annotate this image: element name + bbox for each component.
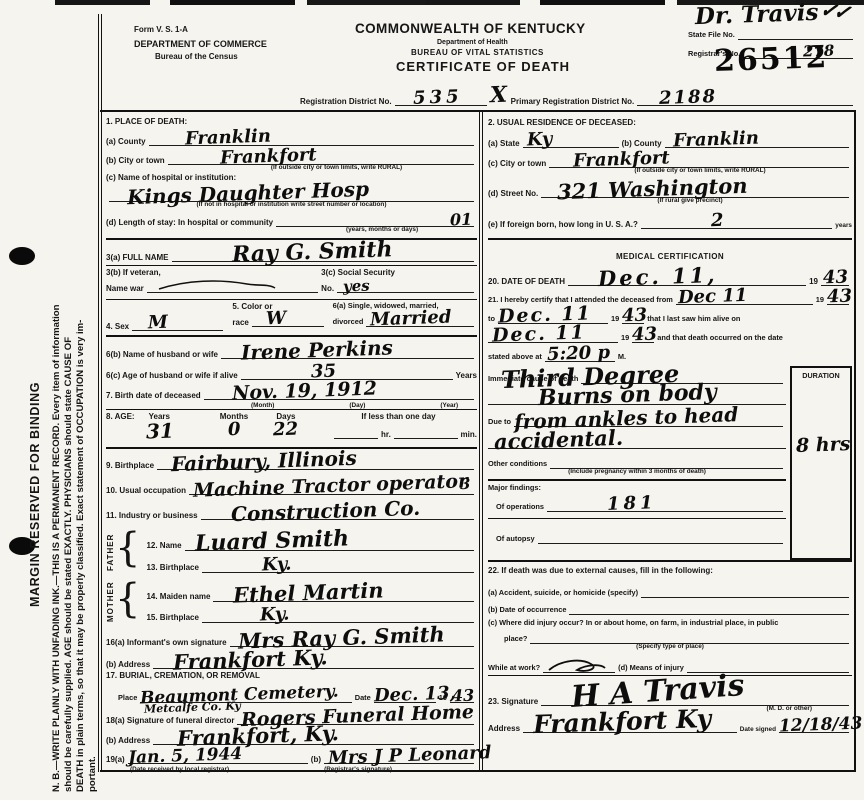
work-row: While at work? (d) Means of injury — [488, 653, 852, 673]
due-to-row: Due to from ankles to head — [488, 405, 786, 427]
occurred-label: and that death occurred on the date — [657, 334, 783, 343]
margin-nb-line2: should be carefully supplied. AGE should… — [63, 304, 75, 792]
cause-line4: accidental. — [488, 438, 786, 449]
father-brace: { — [115, 529, 140, 567]
mother-bp-value: Ky. — [260, 605, 290, 624]
stay-label: (d) Length of stay: In hospital or commu… — [106, 218, 273, 227]
race-label2: race — [232, 318, 248, 327]
operations-row: Of operations 181 — [488, 494, 786, 512]
registrar-sig-label: (b) — [311, 755, 321, 764]
ss-label2: No. — [321, 284, 334, 293]
residence-city-row: (c) City or town Frankfort — [488, 148, 852, 168]
ss-line: yes — [337, 282, 474, 293]
spouse-age-unit: Years — [456, 371, 477, 380]
received-label: 19(a) — [106, 755, 125, 764]
margin-nb-line3: DEATH in plain terms, so that it may be … — [75, 304, 87, 792]
cause-block: DURATION 8 hrs Immediate cause of death … — [488, 366, 852, 562]
fullname-label: 3(a) FULL NAME — [106, 253, 169, 262]
county-row: (a) County Franklin — [106, 126, 477, 146]
age-label: 8. AGE: — [106, 412, 135, 421]
res-state-line: Ky — [523, 137, 619, 148]
date-signed-label: Date signed — [740, 727, 776, 733]
ext-a-label: (a) Accident, suicide, or homicide (spec… — [488, 589, 638, 598]
industry-value: Construction Co. — [230, 498, 420, 525]
primary-district-label: Primary Registration District No. — [511, 97, 635, 106]
veteran-scribble — [157, 278, 277, 292]
external-causes-block: 22. If death was due to external causes,… — [488, 562, 852, 676]
informant-addr-row: (b) Address Frankfort Ky. — [106, 649, 477, 671]
received-line: Jan. 5, 1944 — [128, 753, 308, 764]
city-label: (b) City or town — [106, 156, 165, 165]
father-name-value: Luard Smith — [194, 527, 349, 554]
dept-health: Department of Health — [437, 39, 508, 47]
dod-label: 20. DATE OF DEATH — [488, 277, 565, 286]
res-city-value: Frankfort — [573, 150, 670, 171]
occupation-code: 3 — [459, 477, 470, 492]
primary-district-line: 2188 — [637, 95, 853, 106]
res-city-label: (c) City or town — [488, 159, 546, 168]
registrar-sig-line: Mrs J P Leonard — [324, 753, 474, 764]
commonwealth-title: COMMONWEALTH OF KENTUCKY — [355, 21, 586, 37]
other-label: Other conditions — [488, 460, 547, 469]
mother-block: MOTHER { 14. Maiden name Ethel Martin 15… — [106, 574, 477, 624]
res-city-line: Frankfort — [549, 157, 849, 168]
birthplace-line: Fairbury, Illinois — [157, 459, 474, 470]
external-title: 22. If death was due to external causes,… — [488, 566, 852, 582]
mother-label: MOTHER — [106, 576, 115, 622]
column-divider — [479, 110, 483, 772]
burial-place-value2: Metcalfe Co. Ky — [144, 700, 241, 714]
to-yr-prefix: 19 — [611, 315, 619, 324]
stay-note: (years, months or days) — [106, 227, 477, 233]
ext-c-row: place? — [488, 630, 852, 644]
fullname-line: Ray G. Smith — [172, 251, 474, 262]
father-bp-line: Ky. — [202, 562, 474, 573]
operations-value: 181 — [607, 494, 657, 514]
city-value: Frankfort — [219, 147, 316, 168]
reg-district-value: 535 — [412, 88, 462, 108]
state-file-label: State File No. — [688, 31, 735, 40]
physician-addr-line: Frankfort Ky — [523, 722, 737, 733]
dod-year-value: 43 — [823, 269, 849, 288]
father-name-line: Luard Smith — [185, 540, 474, 551]
age-years-cell: 8. AGE: Years 31 — [106, 410, 206, 447]
marital-label2: divorced — [333, 318, 364, 327]
registration-district-row: Registration District No. 535 X Primary … — [300, 84, 856, 106]
physician-signature-block: 23. Signature H A Travis (M. D. or other… — [488, 676, 852, 734]
stay-value: 01 — [449, 212, 472, 229]
mother-name-row: 14. Maiden name Ethel Martin — [140, 576, 477, 602]
res-foreign-value: 2 — [711, 212, 724, 230]
residence-state-row: (a) State Ky (b) County Franklin — [488, 127, 852, 148]
sex-label: 4. Sex — [106, 322, 129, 331]
race-line: W — [252, 316, 324, 327]
city-line: Frankfort — [168, 154, 474, 165]
father-bp-label: 13. Birthplace — [146, 563, 198, 572]
section-place-of-death: 1. PLACE OF DEATH: (a) County Franklin (… — [106, 112, 477, 240]
father-name-row: 12. Name Luard Smith — [140, 524, 477, 551]
res-street-label: (d) Street No. — [488, 189, 538, 198]
birthplace-value: Fairbury, Illinois — [171, 448, 357, 474]
veteran-cell: 3(b) If veteran, Name war — [106, 266, 321, 299]
to-year-line: 43 — [622, 313, 644, 324]
dept-commerce: DEPARTMENT OF COMMERCE — [134, 39, 267, 49]
res-foreign-unit: years — [835, 223, 852, 229]
informant-addr-line: Frankfort Ky. — [153, 658, 474, 669]
bureau-vital: BUREAU OF VITAL STATISTICS — [411, 48, 544, 57]
attend-from-value: Dec 11 — [678, 287, 748, 307]
county-label: (a) County — [106, 137, 146, 146]
sex-line: M — [132, 320, 223, 331]
father-block: FATHER { 12. Name Luard Smith 13. Birthp… — [106, 522, 477, 574]
fd-addr-line: Frankfort, Ky. — [153, 734, 474, 745]
year-note: (Year) — [440, 403, 458, 409]
due-line: from ankles to head — [514, 416, 783, 427]
burial-place-line: Beaumont Cemetery. Metcalfe Co. Ky — [140, 692, 351, 703]
marital-value: Married — [370, 308, 452, 329]
hospital-row: Kings Daughter Hosp — [106, 184, 477, 202]
dod-value: Dec. 11, — [598, 264, 718, 289]
reg-district-xmark: X — [489, 84, 507, 107]
age-days-cell: Days 22 — [262, 410, 310, 447]
ext-c-line — [530, 633, 849, 644]
attend-year-line: 43 — [827, 294, 849, 305]
sex-race-marital-row: 4. Sex M 5. Color or race W 6(a) Single,… — [106, 300, 477, 337]
res-foreign-label: (e) If foreign born, how long in U. S. A… — [488, 220, 638, 229]
state-file-row: State File No. — [688, 29, 856, 40]
stated-line: 5:20 p — [545, 351, 615, 362]
ext-c-label2: place? — [504, 635, 527, 644]
received-value: Jan. 5, 1944 — [127, 746, 242, 767]
hospital-line: Kings Daughter Hosp — [109, 191, 474, 202]
physician-addr-value: Frankfort Ky — [533, 706, 712, 737]
res-state-value: Ky — [526, 131, 552, 150]
work-label: While at work? — [488, 664, 540, 673]
occupation-row: 10. Usual occupation Machine Tractor ope… — [106, 472, 477, 497]
age-hr-line — [334, 428, 378, 439]
age-years-value: 31 — [146, 421, 175, 442]
birthdate-label: 7. Birth date of deceased — [106, 391, 201, 400]
dod-yr-prefix: 19 — [809, 277, 818, 286]
other-note: (Include pregnancy within 3 months of de… — [488, 469, 786, 479]
burial-date-line: Dec. 13, — [374, 692, 436, 703]
ext-b-row: (b) Date of occurrence — [488, 598, 852, 615]
spouse-value: Irene Perkins — [241, 337, 393, 362]
ext-b-line — [569, 604, 849, 615]
burial-date-label: Date — [355, 694, 371, 703]
age-box-row: 8. AGE: Years 31 Months 0 Days 22 If les… — [106, 409, 477, 449]
mother-name-line: Ethel Martin — [213, 591, 474, 602]
place-of-death-title: 1. PLACE OF DEATH: — [106, 117, 477, 126]
age-less-cell: If less than one day hr. min. — [310, 410, 477, 447]
operations-label: Of operations — [496, 503, 544, 512]
dod-row: 20. DATE OF DEATH Dec. 11, 19 43 — [488, 266, 852, 286]
mother-brace: { — [115, 580, 140, 618]
other-line — [550, 458, 783, 469]
occupation-label: 10. Usual occupation — [106, 486, 186, 495]
fullname-row: 3(a) FULL NAME Ray G. Smith — [106, 240, 477, 266]
res-state-label: (a) State — [488, 139, 520, 148]
duration-box: DURATION 8 hrs — [790, 366, 852, 560]
margin-nb-line1: N. B.—WRITE PLAINLY WITH UNFADING INK.—T… — [51, 304, 63, 792]
birthplace-label: 9. Birthplace — [106, 461, 154, 470]
to-row: to Dec. 11 19 43 that I last saw him ali… — [488, 305, 852, 324]
findings-label: Major findings: — [488, 479, 786, 494]
stay-row: (d) Length of stay: In hospital or commu… — [106, 211, 477, 227]
spouse-line: Irene Perkins — [221, 348, 474, 359]
industry-line: Construction Co. — [201, 509, 474, 520]
certificate-title: CERTIFICATE OF DEATH — [396, 60, 570, 75]
alive-yr-prefix: 19 — [621, 334, 629, 343]
autopsy-label: Of autopsy — [496, 535, 535, 544]
age-less-label: If less than one day — [320, 412, 477, 421]
operations-line: 181 — [547, 501, 783, 512]
cause-value4: accidental. — [494, 427, 624, 452]
to-label: to — [488, 315, 495, 324]
physician-addr-label: Address — [488, 724, 520, 733]
ext-c-note: (Specify type of place) — [488, 644, 852, 653]
attend-year-value: 43 — [827, 288, 853, 307]
sex-cell: 4. Sex M — [106, 300, 228, 335]
checkmarks: ✓✓ — [819, 0, 849, 23]
veteran-label2: Name war — [106, 284, 144, 293]
stated-label: stated above at — [488, 353, 542, 362]
alive-year-value: 43 — [632, 326, 658, 345]
work-line — [543, 662, 615, 673]
fd-addr-label: (b) Address — [106, 736, 150, 745]
birthdate-line: Nov. 19, 1912 — [204, 389, 474, 400]
ext-a-row: (a) Accident, suicide, or homicide (spec… — [488, 582, 852, 598]
birthdate-block: 7. Birth date of deceased Nov. 19, 1912 … — [106, 382, 477, 409]
reg-district-line: 535 — [395, 95, 487, 106]
age-min-line — [394, 428, 458, 439]
residence-title: 2. USUAL RESIDENCE OF DECEASED: — [488, 118, 852, 127]
age-days-value: 22 — [273, 421, 299, 440]
informant-addr-value: Frankfort Ky. — [173, 646, 328, 672]
father-name-label: 12. Name — [146, 541, 181, 550]
ss-value: yes — [343, 279, 370, 295]
alive-year-line: 43 — [632, 332, 654, 343]
ext-a-line — [641, 587, 849, 598]
death-certificate-scan: { "common": {"yr": "19"}, "scan": {"anno… — [0, 0, 864, 800]
attend-line: Dec 11 — [676, 294, 813, 305]
industry-row: 11. Industry or business Construction Co… — [106, 497, 477, 522]
medical-cert-title: MEDICAL CERTIFICATION — [488, 240, 852, 266]
spouse-age-row: 6(c) Age of husband or wife if alive 35 … — [106, 361, 477, 382]
dr-travis-annotation: Dr. Travis — [695, 1, 819, 28]
res-county-value: Franklin — [672, 130, 759, 151]
father-bp-row: 13. Birthplace Ky. — [140, 551, 477, 573]
file-number-stamp: 26512 — [713, 40, 829, 79]
ext-c-label1: (c) Where did injury occur? In or about … — [488, 615, 852, 630]
right-column: 2. USUAL RESIDENCE OF DECEASED: (a) Stat… — [488, 112, 852, 734]
cause-line2: Burns on body — [488, 394, 786, 405]
sex-value: M — [148, 314, 169, 333]
informant-addr-label: (b) Address — [106, 660, 150, 669]
duration-label: DURATION — [792, 368, 850, 380]
left-column: 1. PLACE OF DEATH: (a) County Franklin (… — [106, 112, 477, 773]
res-street-line: 321 Washington — [541, 187, 849, 198]
industry-label: 11. Industry or business — [106, 511, 198, 520]
res-county-line: Franklin — [665, 137, 849, 148]
ext-b-label: (b) Date of occurrence — [488, 606, 566, 615]
residence-foreign-row: (e) If foreign born, how long in U. S. A… — [488, 207, 852, 229]
age-months-value: 0 — [227, 421, 240, 439]
mother-bp-label: 15. Birthplace — [146, 613, 198, 622]
state-file-line — [738, 29, 853, 40]
marital-line: Married — [366, 316, 474, 327]
hr-label: hr. — [381, 430, 391, 439]
spouse-row: 6(b) Name of husband or wife Irene Perki… — [106, 337, 477, 361]
received-note: (Date received by local registrar) — [130, 767, 229, 773]
physician-sig-label: 23. Signature — [488, 697, 538, 706]
res-street-value: 321 Washington — [557, 175, 748, 203]
date-signed-line: 12/18/43 — [779, 722, 849, 733]
birthplace-row: 9. Birthplace Fairbury, Illinois — [106, 449, 477, 472]
burial-title: 17. BURIAL, CREMATION, OR REMOVAL — [106, 671, 477, 683]
mother-name-value: Ethel Martin — [233, 579, 384, 605]
margin-binding-label: MARGIN RESERVED FOR BINDING — [28, 382, 42, 607]
age-months-cell: Months 0 — [206, 410, 262, 447]
min-label: min. — [461, 430, 477, 439]
marital-cell: 6(a) Single, widowed, married, divorced … — [329, 300, 477, 335]
fullname-value: Ray G. Smith — [231, 238, 392, 266]
attend-yr-prefix: 19 — [816, 296, 824, 305]
binding-hole-top — [9, 247, 35, 265]
residence-street-row: (d) Street No. 321 Washington — [488, 177, 852, 198]
to-year-value: 43 — [622, 307, 648, 326]
city-note: (If outside city or town limits, write R… — [106, 165, 477, 173]
dod-line: Dec. 11, — [568, 275, 806, 286]
father-label: FATHER — [106, 525, 115, 571]
ss-label1: 3(c) Social Security — [321, 268, 477, 277]
saw-label: that I last saw him alive on — [647, 315, 740, 324]
veteran-label1: 3(b) If veteran, — [106, 268, 321, 277]
means-label: (d) Means of injury — [618, 664, 684, 673]
mother-name-label: 14. Maiden name — [146, 592, 210, 601]
burial-block: 17. BURIAL, CREMATION, OR REMOVAL Place … — [106, 671, 477, 705]
work-scribble — [547, 658, 607, 674]
race-cell: 5. Color or race W — [228, 300, 328, 335]
autopsy-row: Of autopsy — [488, 518, 786, 544]
occupation-line: Machine Tractor operator 3 — [189, 484, 474, 495]
birthdate-value: Nov. 19, 1912 — [231, 379, 377, 403]
margin-nb-note: N. B.—WRITE PLAINLY WITH UNFADING INK.—T… — [51, 304, 99, 792]
received-block: 19(a) Jan. 5, 1944 (b) Mrs J P Leonard (… — [106, 747, 477, 773]
duration-value: 8 hrs — [796, 435, 851, 456]
date-signed-value: 12/18/43 — [779, 716, 863, 736]
bureau-census: Bureau of the Census — [155, 52, 238, 61]
ss-cell: 3(c) Social Security No. yes — [321, 266, 477, 299]
res-foreign-line: 2 — [641, 218, 832, 229]
burial-place-label: Place — [118, 694, 137, 703]
primary-district-value: 2188 — [659, 88, 718, 108]
informant-line: Mrs Ray G. Smith — [230, 636, 474, 647]
stay-line: 01 — [276, 216, 474, 227]
veteran-line — [147, 282, 318, 293]
informant-label: 16(a) Informant's own signature — [106, 638, 227, 647]
race-value: W — [266, 310, 287, 329]
physician-addr-row: Address Frankfort Ky Date signed 12/18/4… — [488, 715, 852, 733]
day-note: (Day) — [349, 403, 365, 409]
city-row: (b) City or town Frankfort — [106, 146, 477, 165]
attend-row: 21. I hereby certify that I attended the… — [488, 286, 852, 305]
veteran-ss-row: 3(b) If veteran, Name war 3(c) Social Se… — [106, 266, 477, 300]
section-residence: 2. USUAL RESIDENCE OF DECEASED: (a) Stat… — [488, 112, 852, 240]
autopsy-line — [538, 533, 783, 544]
physician-sig-row: 23. Signature H A Travis — [488, 680, 852, 706]
spouse-age-label: 6(c) Age of husband or wife if alive — [106, 371, 238, 380]
spouse-label: 6(b) Name of husband or wife — [106, 350, 218, 359]
form-number: Form V. S. 1-A — [134, 25, 188, 34]
alive-row: Dec. 11 19 43 and that death occurred on… — [488, 324, 852, 343]
father-bp-value: Ky. — [262, 555, 292, 574]
due-label: Due to — [488, 418, 511, 427]
reg-district-label: Registration District No. — [300, 97, 392, 106]
dod-year-line: 43 — [821, 275, 849, 286]
